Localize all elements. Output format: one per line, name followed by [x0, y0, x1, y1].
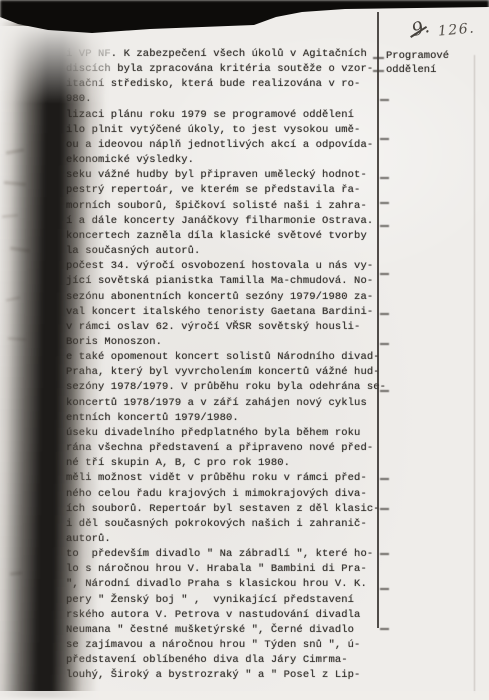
scanned-document-page: i VP NF. K zabezpečení všech úkolů v Agi…: [0, 0, 489, 700]
typewritten-text: i VP NF. K zabezpečení všech úkolů v Agi…: [66, 47, 396, 684]
text-line: pery " Ženský boj " , vynikající předsta…: [66, 593, 396, 608]
text-line: ích souborů. Repertoár byl sestaven z dě…: [66, 502, 396, 517]
text-line: rána všechna představení a připraveno no…: [66, 441, 396, 456]
margin-tick-mark: [380, 225, 389, 227]
text-line: koncertů 1978/1979 a v září zahájen nový…: [66, 396, 396, 411]
text-line: seku vážné hudby byl připraven umělecký …: [66, 168, 396, 183]
page-bottom-edge: [0, 691, 489, 700]
text-line: la současných autorů.: [66, 244, 396, 259]
text-line: 980.: [66, 92, 396, 107]
text-line: í a dále koncerty Janáčkovy filharmonie …: [66, 214, 396, 229]
text-line: i VP NF. K zabezpečení všech úkolů v Agi…: [66, 47, 396, 62]
margin-tick-mark: [380, 508, 389, 510]
margin-tick-mark: [380, 313, 389, 315]
text-line: Neumana " čestné mušketýrské ", Černé di…: [66, 623, 396, 638]
text-line: měli možnost vidět v průběhu roku v rámc…: [66, 471, 396, 486]
text-line: koncertech zazněla díla klasické světové…: [66, 229, 396, 244]
text-line: Boris Monoszon.: [66, 335, 396, 350]
handwritten-page-number: 126.: [437, 20, 475, 39]
text-line: autorů.: [66, 532, 396, 547]
book-gutter-shadow: [0, 21, 108, 699]
margin-note-line: oddělení: [386, 64, 449, 78]
margin-tick-mark: [380, 628, 389, 630]
margin-tick-mark: [380, 177, 389, 179]
margin-note-line: Programové: [386, 50, 449, 64]
text-line: sezóny 1978/1979. V průběhu roku byla od…: [66, 380, 396, 395]
text-line: i děl současných pokrokových našich i za…: [66, 517, 396, 532]
margin-tick-mark: [380, 553, 389, 555]
margin-note-dash: [373, 57, 384, 59]
text-line: morních souborů, špičkoví solisté naši i…: [66, 199, 396, 214]
text-line: to především divadlo " Na zábradlí ", kt…: [66, 547, 396, 562]
text-line: v rámci oslav 62. výročí VŘSR sovětský h…: [66, 320, 396, 335]
margin-tick-mark: [380, 343, 389, 345]
text-line: itační středisko, která bude realizována…: [66, 77, 396, 92]
text-line: e také opomenout koncert solistů Národní…: [66, 350, 396, 365]
margin-rule-line: [377, 12, 379, 628]
text-line: louhý, Široký a bystrozraký " a " Posel …: [66, 668, 396, 683]
margin-tick-mark: [380, 273, 389, 275]
text-line: lo s náročnou hrou V. Hrabala " Bambini …: [66, 562, 396, 577]
text-line: ného celou řadu krajových i mimokrajovýc…: [66, 487, 396, 502]
margin-tick-mark: [380, 478, 389, 480]
text-line: val koncert italského tenoristy Gaetana …: [66, 305, 396, 320]
page-edge-line: [474, 55, 475, 693]
margin-note: Programové oddělení: [386, 50, 449, 77]
text-line: představení oblíbeného diva dla Járy Cim…: [66, 653, 396, 668]
text-line: Praha, který byl vyvrcholením koncertů v…: [66, 365, 396, 380]
margin-note-dash: [373, 70, 384, 72]
margin-tick-mark: [380, 138, 389, 140]
text-line: lizaci plánu roku 1979 se programové odd…: [66, 108, 396, 123]
margin-tick-mark: [380, 588, 389, 590]
text-line: ilo plnit vytýčené úkoly, to jest vysoko…: [66, 123, 396, 138]
text-line: se zajímavou a náročnou hrou " Týden snů…: [66, 638, 396, 653]
gutter-shadow-fade: [0, 26, 112, 104]
text-line: jící sovětská pianistka Tamilla Ma-chmud…: [66, 274, 396, 289]
text-line: né tří skupin A, B, C pro rok 1980.: [66, 456, 396, 471]
text-line: rského autora V. Petrova v nastudování d…: [66, 608, 396, 623]
text-line: ekonomické výsledky.: [66, 153, 396, 168]
text-line: ou a ideovou náplň jednotlivých akcí a o…: [66, 138, 396, 153]
margin-tick-mark: [380, 390, 389, 392]
text-line: entních koncertů 1979/1980.: [66, 411, 396, 426]
text-line: ", Národní divadlo Praha s klasickou hro…: [66, 577, 396, 592]
text-line: úseku divadelního předplatného byla běhe…: [66, 426, 396, 441]
text-line: pestrý repertoár, ve kterém se představi…: [66, 183, 396, 198]
margin-tick-mark: [380, 202, 389, 204]
text-line: sezónu abonentních koncertů sezóny 1979/…: [66, 290, 396, 305]
text-line: počest 34. výročí osvobození hostovala u…: [66, 259, 396, 274]
text-line: discích byla zpracována kritéria soutěže…: [66, 62, 396, 77]
margin-tick-mark: [380, 99, 389, 101]
